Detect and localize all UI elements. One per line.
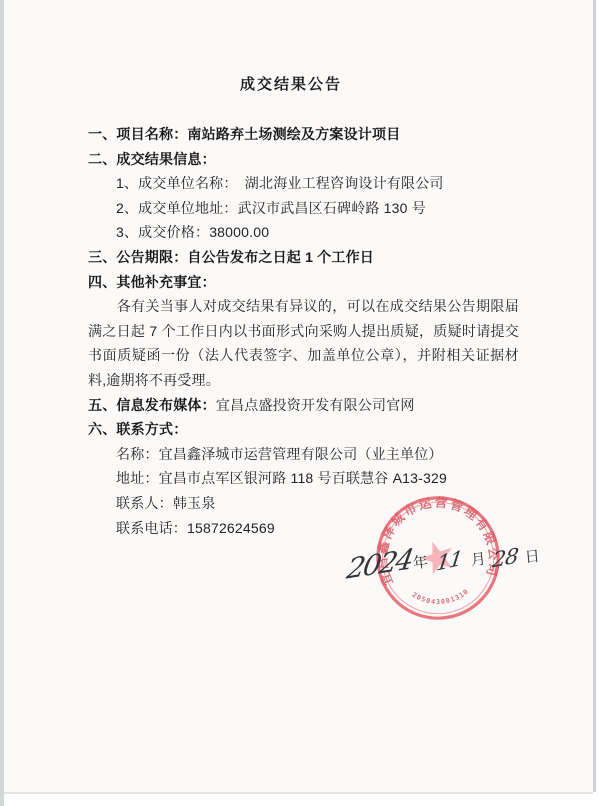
- handwritten-day-suffix: 日: [524, 545, 541, 567]
- scan-edge-right: [593, 0, 596, 792]
- contact-phone-label: 联系电话：: [116, 520, 187, 536]
- contact-name-value: 宜昌鑫泽城市运营管理有限公司（业主单位）: [159, 446, 443, 462]
- price-label: 3、成交价格：: [116, 224, 209, 240]
- handwritten-month-suffix: 月: [470, 548, 487, 570]
- handwritten-year-suffix: 年: [412, 551, 429, 574]
- scan-edge-bottom: [4, 792, 593, 794]
- item-announcement-period: 三、公告期限：自公告发布之日起 1 个工作日: [88, 245, 519, 270]
- item-project-label: 一、项目名称：: [88, 126, 187, 142]
- contact-address-row: 地址：宜昌市点军区银河路 118 号百联慧谷 A13-329: [88, 466, 519, 491]
- contact-person-value: 韩玉泉: [173, 495, 216, 511]
- result-item-price: 3、成交价格：38000.00: [88, 220, 519, 245]
- contact-address-value: 宜昌市点军区银河路 118 号百联慧谷 A13-329: [159, 470, 447, 486]
- price-value: 38000.00: [209, 224, 269, 240]
- handwritten-year: 2024: [344, 543, 414, 586]
- item-project-name: 一、项目名称：南站路弃土场测绘及方案设计项目: [88, 122, 519, 147]
- document-title: 成交结果公告: [0, 73, 582, 94]
- contact-address-label: 地址：: [116, 470, 159, 486]
- winner-address-value: 武汉市武昌区石碑岭路 130 号: [238, 200, 426, 216]
- winner-name-value: 湖北海业工程咨询设计有限公司: [231, 175, 444, 191]
- item-publish-media: 五、信息发布媒体：宜昌点盛投资开发有限公司官网: [88, 393, 519, 418]
- contact-person-label: 联系人：: [116, 495, 173, 511]
- item-result-header: 二、成交结果信息：: [88, 147, 519, 172]
- media-label: 五、信息发布媒体：: [88, 397, 216, 413]
- scan-edge-left: [0, 0, 4, 806]
- contact-phone-value: 15872624569: [187, 520, 275, 536]
- winner-name-label: 1、成交单位名称：: [116, 175, 231, 191]
- item-other-header: 四、其他补充事宜：: [88, 270, 519, 295]
- media-value: 宜昌点盛投资开发有限公司官网: [216, 397, 415, 413]
- period-value: 自公告发布之日起 1 个工作日: [187, 249, 374, 265]
- item-contact-header: 六、联系方式：: [88, 417, 519, 442]
- period-label: 三、公告期限：: [88, 249, 187, 265]
- handwritten-month: 11: [435, 546, 464, 575]
- contact-name-row: 名称：宜昌鑫泽城市运营管理有限公司（业主单位）: [88, 442, 519, 467]
- objection-paragraph: 各有关当事人对成交结果有异议的，可以在成交结果公告期限届满之日起 7 个工作日内…: [88, 294, 519, 392]
- result-item-winner-name: 1、成交单位名称： 湖北海业工程咨询设计有限公司: [88, 171, 519, 196]
- document-body: 一、项目名称：南站路弃土场测绘及方案设计项目 二、成交结果信息： 1、成交单位名…: [88, 122, 519, 540]
- handwritten-day: 28: [491, 543, 518, 572]
- contact-name-label: 名称：: [116, 446, 159, 462]
- item-project-value: 南站路弃土场测绘及方案设计项目: [187, 126, 400, 142]
- winner-address-label: 2、成交单位地址：: [116, 200, 238, 216]
- result-item-winner-address: 2、成交单位地址：武汉市武昌区石碑岭路 130 号: [88, 196, 519, 221]
